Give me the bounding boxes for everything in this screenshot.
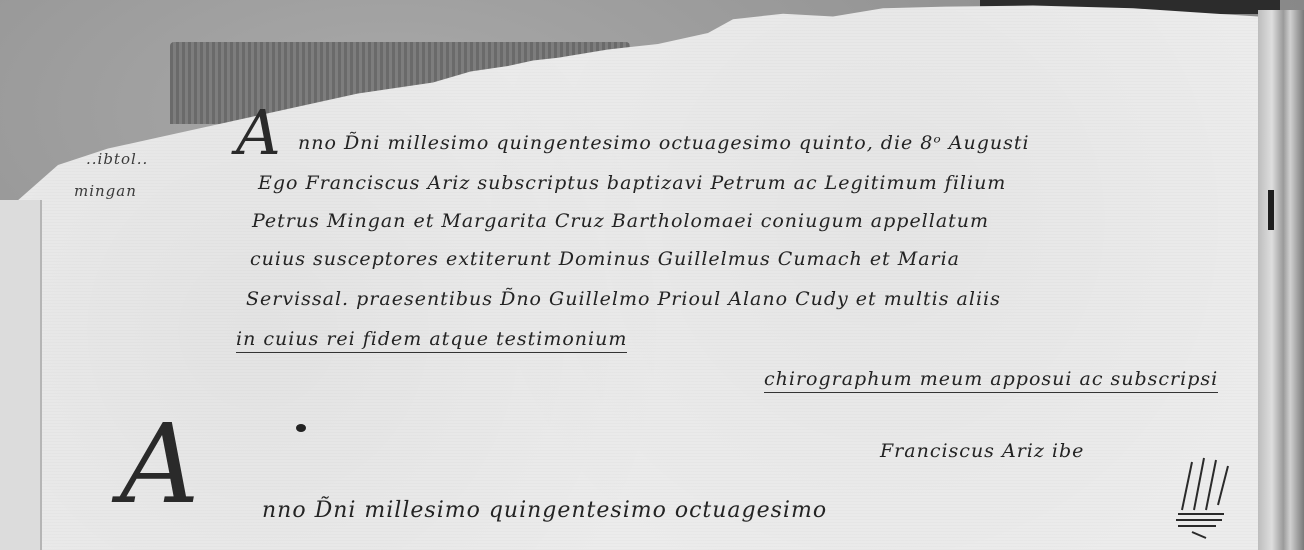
binding-fold-shadow (1268, 190, 1274, 230)
notarial-mark-icon (1172, 450, 1238, 540)
entry-1-line-3: Petrus Mingan et Margarita Cruz Bartholo… (252, 210, 989, 232)
entry-1-line-6: in cuius rei fidem atque testimonium (236, 328, 627, 353)
ink-blot (296, 424, 306, 432)
entry-1-line-2: Ego Franciscus Ariz subscriptus baptizav… (258, 172, 1006, 194)
left-page-edge (0, 200, 42, 550)
entry-1-line-4: cuius susceptores extiterunt Dominus Gui… (250, 248, 960, 270)
entry-2-initial: A (120, 400, 199, 528)
margin-note-1: ..ibtol.. (86, 150, 148, 168)
entry-1-line-7: chirographum meum apposui ac subscripsi (764, 368, 1218, 393)
entry-1-initial: A (236, 96, 281, 169)
entry-2-line-1: nno D̃ni millesimo quingentesimo octuage… (262, 498, 827, 523)
margin-note-2: mingan (74, 182, 137, 200)
entry-1-signature: Franciscus Ariz ibe (880, 440, 1084, 462)
entry-1-line-5: Servissal. praesentibus D̃no Guillelmo P… (246, 288, 1001, 310)
entry-1-line-1: nno D̃ni millesimo quingentesimo octuage… (298, 132, 1030, 154)
right-binding-edge (1258, 10, 1304, 550)
